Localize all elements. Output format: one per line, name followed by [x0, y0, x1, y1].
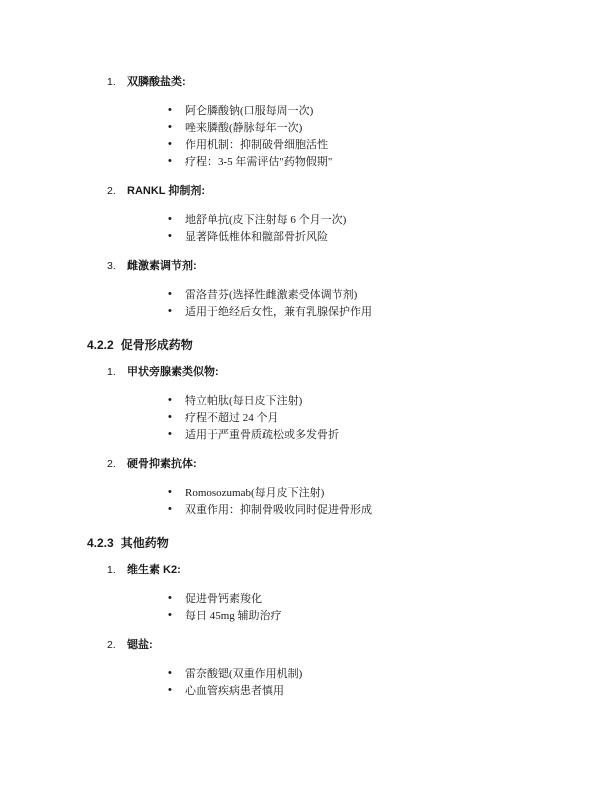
bullet-icon: • — [168, 286, 172, 303]
bullet-icon: • — [168, 484, 172, 501]
list-item-label: 维生素 K2: — [127, 564, 181, 576]
bullet-icon: • — [168, 303, 172, 320]
bullet-item: •适用于绝经后女性，兼有乳腺保护作用 — [107, 304, 552, 321]
list-item-label: 硬骨抑素抗体: — [127, 458, 197, 470]
bullet-item: •显著降低椎体和髋部骨折风险 — [107, 229, 552, 246]
numbered-item: 2.锶盐: •雷奈酸锶(双重作用机制) •心血管疾病患者慎用 — [107, 637, 552, 700]
bullet-item: •双重作用：抑制骨吸收同时促进骨形成 — [107, 502, 552, 519]
bullet-text: 雷奈酸锶(双重作用机制) — [185, 668, 302, 680]
bullet-item: •每日 45mg 辅助治疗 — [107, 608, 552, 625]
bullet-text: 唑来膦酸(静脉每年一次) — [185, 122, 302, 134]
bullet-icon: • — [168, 136, 172, 153]
numbered-item-header: 2.锶盐: — [107, 637, 552, 654]
numbered-item-header: 1.维生素 K2: — [107, 562, 552, 579]
list-item-label: 雌激素调节剂: — [127, 260, 197, 272]
bullet-list: •特立帕肽(每日皮下注射) •疗程不超过 24 个月 •适用于严重骨质疏松或多发… — [107, 393, 552, 444]
numbered-item: 2.RANKL 抑制剂: •地舒单抗(皮下注射每 6 个月一次) •显著降低椎体… — [107, 183, 552, 246]
bullet-text: 促进骨钙素羧化 — [185, 593, 262, 605]
bullet-icon: • — [168, 682, 172, 699]
numbered-item-header: 2.硬骨抑素抗体: — [107, 456, 552, 473]
numbered-item: 1.维生素 K2: •促进骨钙素羧化 •每日 45mg 辅助治疗 — [107, 562, 552, 625]
bullet-list: •雷奈酸锶(双重作用机制) •心血管疾病患者慎用 — [107, 666, 552, 700]
bullet-icon: • — [168, 426, 172, 443]
bullet-text: 作用机制：抑制破骨细胞活性 — [185, 139, 328, 151]
bullet-icon: • — [168, 590, 172, 607]
bullet-text: 疗程不超过 24 个月 — [185, 412, 279, 424]
bullet-icon: • — [168, 211, 172, 228]
bullet-text: 地舒单抗(皮下注射每 6 个月一次) — [185, 214, 346, 226]
bullet-icon: • — [168, 665, 172, 682]
bullet-text: 特立帕肽(每日皮下注射) — [185, 395, 302, 407]
bullet-item: •雷洛昔芬(选择性雌激素受体调节剂) — [107, 287, 552, 304]
bullet-text: 适用于严重骨质疏松或多发骨折 — [185, 429, 339, 441]
list-item-number: 2. — [107, 183, 127, 200]
section-heading-title: 促骨形成药物 — [121, 338, 193, 352]
bullet-icon: • — [168, 228, 172, 245]
list-item-label: 锶盐: — [127, 639, 153, 651]
bullet-text: 双重作用：抑制骨吸收同时促进骨形成 — [185, 504, 372, 516]
section-heading-number: 4.2.3 — [87, 536, 114, 550]
numbered-item-header: 1.双膦酸盐类: — [107, 74, 552, 91]
bullet-icon: • — [168, 501, 172, 518]
section-heading: 4.2.2促骨形成药物 — [87, 337, 552, 354]
list-item-number: 1. — [107, 562, 127, 579]
bullet-item: •阿仑膦酸钠(口服每周一次) — [107, 103, 552, 120]
bullet-item: •特立帕肽(每日皮下注射) — [107, 393, 552, 410]
list-item-number: 3. — [107, 258, 127, 275]
bullet-icon: • — [168, 153, 172, 170]
list-item-number: 1. — [107, 364, 127, 381]
bullet-item: •疗程：3-5 年需评估"药物假期" — [107, 154, 552, 171]
list-item-label: 甲状旁腺素类似物: — [127, 366, 219, 378]
bullet-list: •雷洛昔芬(选择性雌激素受体调节剂) •适用于绝经后女性，兼有乳腺保护作用 — [107, 287, 552, 321]
bullet-icon: • — [168, 607, 172, 624]
bullet-item: •疗程不超过 24 个月 — [107, 410, 552, 427]
bullet-item: •Romosozumab(每月皮下注射) — [107, 485, 552, 502]
bullet-item: •雷奈酸锶(双重作用机制) — [107, 666, 552, 683]
numbered-item: 1.甲状旁腺素类似物: •特立帕肽(每日皮下注射) •疗程不超过 24 个月 •… — [107, 364, 552, 444]
list-item-number: 2. — [107, 637, 127, 654]
bullet-text: 心血管疾病患者慎用 — [185, 685, 284, 697]
bullet-item: •地舒单抗(皮下注射每 6 个月一次) — [107, 212, 552, 229]
bullet-text: 雷洛昔芬(选择性雌激素受体调节剂) — [185, 289, 357, 301]
bullet-item: •心血管疾病患者慎用 — [107, 683, 552, 700]
bullet-list: •地舒单抗(皮下注射每 6 个月一次) •显著降低椎体和髋部骨折风险 — [107, 212, 552, 246]
bullet-list: •阿仑膦酸钠(口服每周一次) •唑来膦酸(静脉每年一次) •作用机制：抑制破骨细… — [107, 103, 552, 171]
bullet-icon: • — [168, 392, 172, 409]
section-heading: 4.2.3其他药物 — [87, 535, 552, 552]
bullet-list: •Romosozumab(每月皮下注射) •双重作用：抑制骨吸收同时促进骨形成 — [107, 485, 552, 519]
numbered-item: 3.雌激素调节剂: •雷洛昔芬(选择性雌激素受体调节剂) •适用于绝经后女性，兼… — [107, 258, 552, 321]
bullet-icon: • — [168, 409, 172, 426]
bullet-icon: • — [168, 119, 172, 136]
bullet-item: •促进骨钙素羧化 — [107, 591, 552, 608]
list-item-label: 双膦酸盐类: — [127, 76, 186, 88]
bullet-item: •适用于严重骨质疏松或多发骨折 — [107, 427, 552, 444]
bullet-text: Romosozumab(每月皮下注射) — [185, 487, 324, 499]
bullet-item: •唑来膦酸(静脉每年一次) — [107, 120, 552, 137]
numbered-item-header: 1.甲状旁腺素类似物: — [107, 364, 552, 381]
numbered-item: 2.硬骨抑素抗体: •Romosozumab(每月皮下注射) •双重作用：抑制骨… — [107, 456, 552, 519]
section-heading-title: 其他药物 — [121, 536, 169, 550]
bullet-text: 每日 45mg 辅助治疗 — [185, 610, 282, 622]
bullet-list: •促进骨钙素羧化 •每日 45mg 辅助治疗 — [107, 591, 552, 625]
list-item-number: 1. — [107, 74, 127, 91]
numbered-item-header: 3.雌激素调节剂: — [107, 258, 552, 275]
list-item-number: 2. — [107, 456, 127, 473]
bullet-item: •作用机制：抑制破骨细胞活性 — [107, 137, 552, 154]
bullet-icon: • — [168, 102, 172, 119]
bullet-text: 阿仑膦酸钠(口服每周一次) — [185, 105, 313, 117]
bullet-text: 显著降低椎体和髋部骨折风险 — [185, 231, 328, 243]
numbered-item: 1.双膦酸盐类: •阿仑膦酸钠(口服每周一次) •唑来膦酸(静脉每年一次) •作… — [107, 74, 552, 171]
list-item-label: RANKL 抑制剂: — [127, 185, 205, 197]
document-page: 1.双膦酸盐类: •阿仑膦酸钠(口服每周一次) •唑来膦酸(静脉每年一次) •作… — [0, 0, 612, 792]
bullet-text: 适用于绝经后女性，兼有乳腺保护作用 — [185, 306, 372, 318]
bullet-text: 疗程：3-5 年需评估"药物假期" — [185, 156, 332, 168]
section-heading-number: 4.2.2 — [87, 338, 114, 352]
numbered-item-header: 2.RANKL 抑制剂: — [107, 183, 552, 200]
